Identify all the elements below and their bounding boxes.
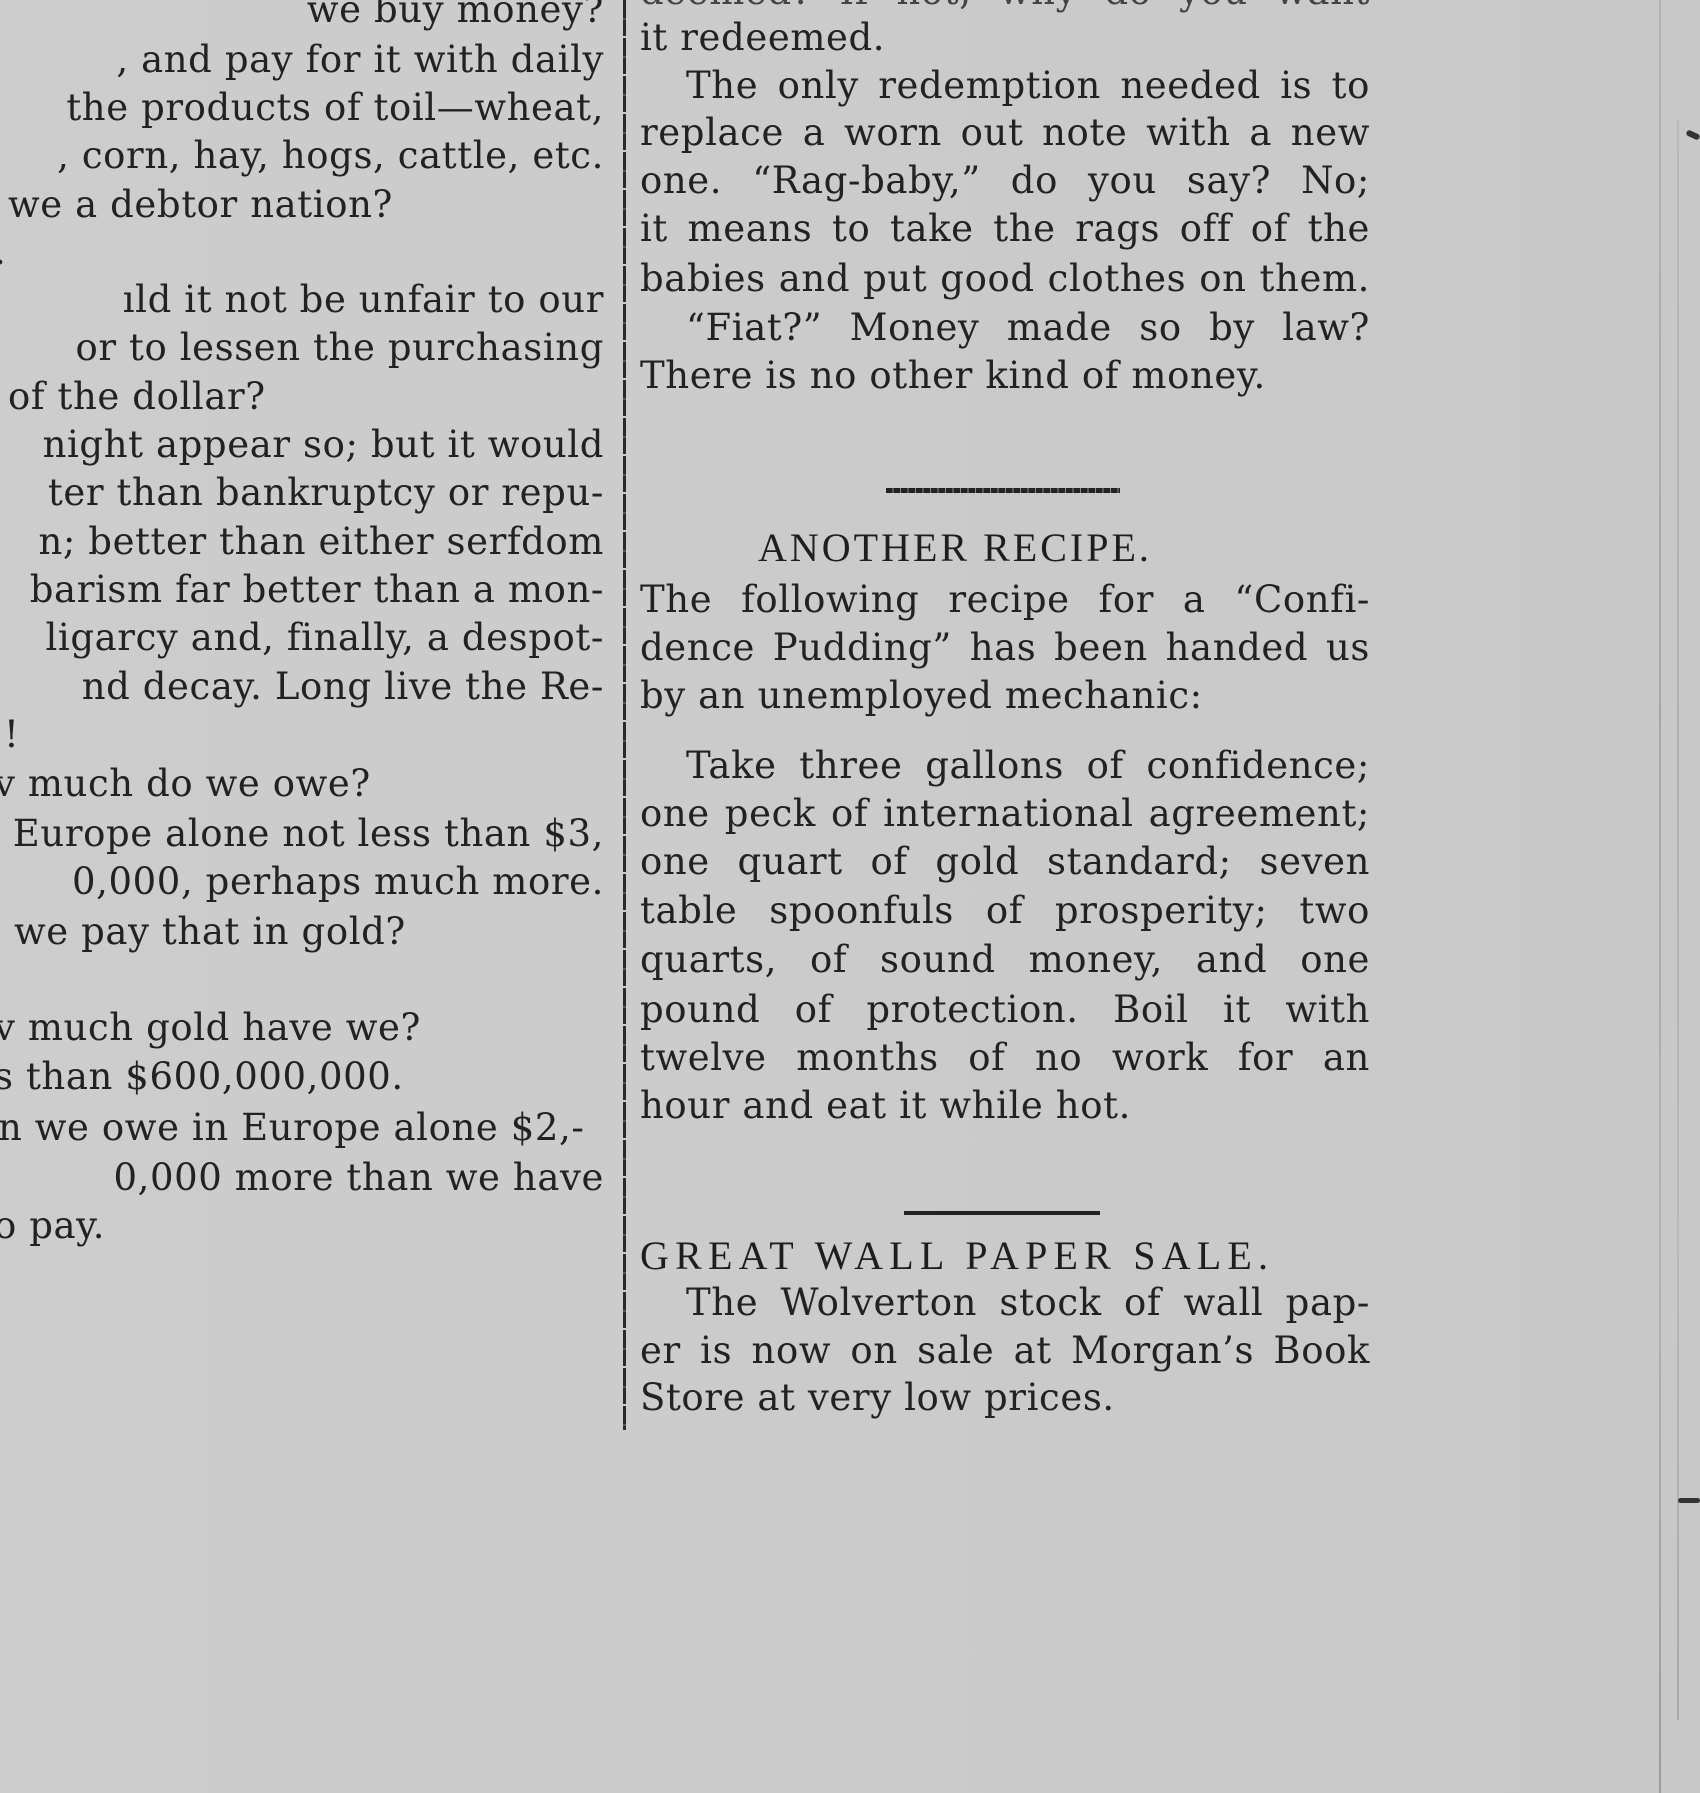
article-line: pound of protection. Boil it with xyxy=(640,988,1370,1032)
left-line: nd decay. Long live the Re- xyxy=(82,665,604,709)
left-line: ligarcy and, finally, a despot- xyxy=(46,616,605,660)
article-line: it redeemed. xyxy=(640,16,885,60)
left-line: the products of toil—wheat, xyxy=(66,86,604,130)
left-line: barism far better than a mon- xyxy=(30,568,604,612)
left-line: ter than bankruptcy or repu- xyxy=(48,471,604,515)
article-line: quarts, of sound money, and one xyxy=(640,938,1370,982)
newspaper-page: we buy money? , and pay for it with dail… xyxy=(0,0,1700,1793)
left-line: Europe alone not less than $3, xyxy=(13,812,604,856)
left-line: n we owe in Europe alone $2,- xyxy=(0,1106,585,1150)
page-edge-line xyxy=(1659,0,1661,1793)
left-line: we buy money? xyxy=(307,0,604,32)
article-line: “Fiat?” Money made so by law? xyxy=(686,306,1370,350)
article-line: The only redemption needed is to xyxy=(686,64,1370,108)
left-line: v much gold have we? xyxy=(0,1006,421,1050)
section-rule-divider xyxy=(904,1211,1100,1215)
article-line: er is now on sale at Morgan’s Book xyxy=(640,1329,1370,1373)
article-line: Store at very low prices. xyxy=(640,1376,1115,1420)
left-line: 0,000, perhaps much more. xyxy=(72,860,604,904)
scan-speck xyxy=(1685,129,1700,140)
article-line: one quart of gold standard; seven xyxy=(640,840,1370,884)
article-line: twelve months of no work for an xyxy=(640,1036,1370,1080)
left-line: 0,000 more than we have xyxy=(113,1156,604,1200)
article-line: one peck of international agreement; xyxy=(640,792,1370,836)
left-line: n; better than either serfdom xyxy=(38,520,604,564)
article-line: table spoonfuls of prosperity; two xyxy=(640,889,1370,933)
left-line: of the dollar? xyxy=(8,375,266,419)
left-line: ! xyxy=(4,713,19,757)
article-line: babies and put good clothes on them. xyxy=(640,257,1370,301)
left-line: ıld it not be unfair to our xyxy=(123,278,604,322)
headline: ANOTHER RECIPE. xyxy=(758,525,1152,571)
article-line: dence Pudding” has been handed us xyxy=(640,626,1370,670)
scan-speck xyxy=(1678,1498,1700,1503)
article-line: one. “Rag-baby,” do you say? No; xyxy=(640,159,1370,203)
left-line: . xyxy=(0,230,6,274)
article-line: The following recipe for a “Confi- xyxy=(640,578,1370,622)
left-line: o pay. xyxy=(0,1204,105,1248)
left-line: s than $600,000,000. xyxy=(0,1055,404,1099)
left-line: , corn, hay, hogs, cattle, etc. xyxy=(57,134,604,178)
cut-top-line: deemed? If not, why do you want xyxy=(640,0,1370,14)
headline: GREAT WALL PAPER SALE. xyxy=(640,1233,1274,1279)
left-line: or to lessen the purchasing xyxy=(75,326,604,370)
article-line: it means to take the rags off of the xyxy=(640,207,1370,251)
left-line: v much do we owe? xyxy=(0,762,371,806)
article-line: There is no other kind of money. xyxy=(640,354,1266,398)
article-line: hour and eat it while hot. xyxy=(640,1084,1131,1128)
page-edge-line xyxy=(1677,120,1679,1720)
article-line: by an unemployed mechanic: xyxy=(640,674,1203,718)
article-line: Take three gallons of confidence; xyxy=(686,744,1370,788)
section-ornament-divider xyxy=(886,488,1120,493)
left-line: we a debtor nation? xyxy=(8,183,393,227)
left-line: we pay that in gold? xyxy=(14,910,406,954)
left-line: , and pay for it with daily xyxy=(116,38,604,82)
article-line: The Wolverton stock of wall pap- xyxy=(686,1281,1370,1325)
left-line: night appear so; but it would xyxy=(43,423,604,467)
column-divider xyxy=(623,0,626,1430)
article-line: replace a worn out note with a new xyxy=(640,111,1370,155)
